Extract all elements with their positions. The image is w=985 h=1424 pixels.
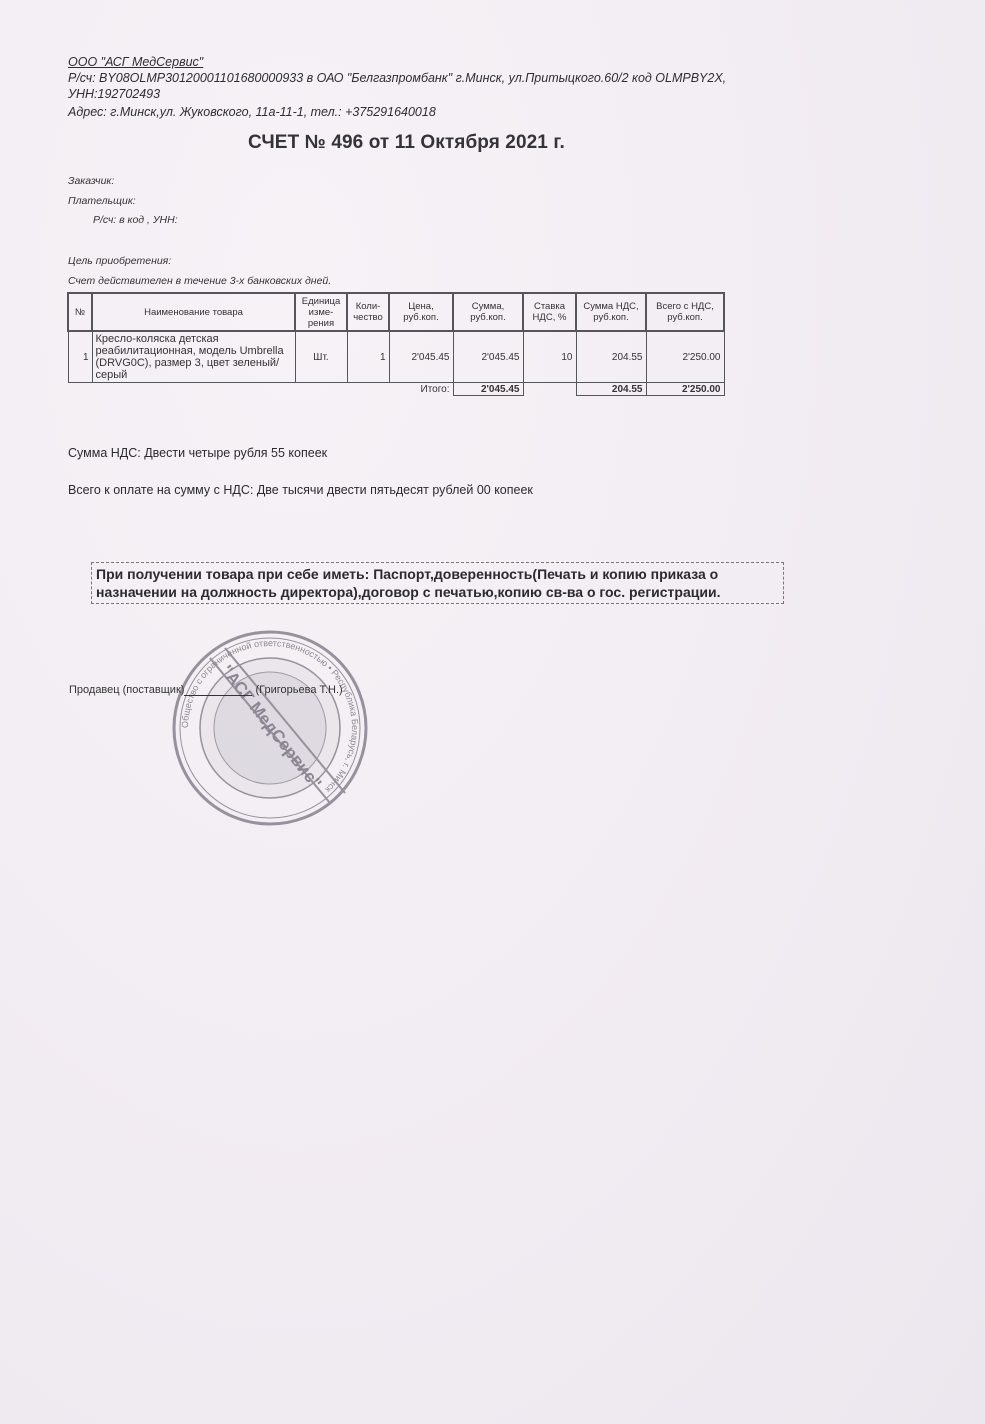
items-table: № Наименование товара Единица изме- рени… <box>67 292 725 396</box>
cell-qty: 1 <box>347 331 389 383</box>
customer-label: Заказчик: <box>68 175 114 187</box>
col-header-no: № <box>68 293 92 331</box>
col-header-name: Наименование товара <box>92 293 295 331</box>
signature-line <box>184 695 252 696</box>
cell-vat-rate: 10 <box>523 331 576 383</box>
invoice-page: ООО "АСГ МедСервис" Р/сч: BY08OLMP301200… <box>0 0 985 1424</box>
table-header-row: № Наименование товара Единица изме- рени… <box>68 293 724 331</box>
cell-unit: Шт. <box>295 331 347 383</box>
total-in-words: Всего к оплате на сумму с НДС: Две тысяч… <box>68 483 533 497</box>
totals-row: Итого: 2'045.45 204.55 2'250.00 <box>68 383 724 396</box>
col-header-sum: Сумма, руб.коп. <box>453 293 523 331</box>
cell-no: 1 <box>68 331 92 383</box>
purpose-label: Цель приобретения: <box>68 255 171 267</box>
company-stamp-icon: Общество с ограниченной ответственностью… <box>170 628 370 828</box>
cell-vat-sum: 204.55 <box>576 331 646 383</box>
payer-account-label: Р/сч: в код , УНН: <box>93 214 178 226</box>
pickup-notice: При получении товара при себе иметь: Пас… <box>91 562 784 604</box>
cell-sum: 2'045.45 <box>453 331 523 383</box>
totals-sum: 2'045.45 <box>453 383 523 396</box>
payer-label: Плательщик: <box>68 195 136 207</box>
cell-price: 2'045.45 <box>389 331 453 383</box>
col-header-unit: Единица изме- рения <box>295 293 347 331</box>
col-header-vat-sum: Сумма НДС, руб.коп. <box>576 293 646 331</box>
company-unn: УНН:192702493 <box>68 86 788 102</box>
validity-note: Счет действителен в течение 3-х банковск… <box>68 275 331 287</box>
cell-total: 2'250.00 <box>646 331 724 383</box>
bank-account: Р/сч: BY08OLMP30120001101680000933 в ОАО… <box>68 70 788 86</box>
col-header-price: Цена, руб.коп. <box>389 293 453 331</box>
seller-name: (Григорьева Т.Н.) <box>255 684 342 696</box>
totals-label-text: Итого: <box>389 383 453 396</box>
cell-name: Кресло-коляска детская реабилитационная,… <box>92 331 295 383</box>
totals-label <box>92 383 389 396</box>
col-header-total: Всего с НДС, руб.коп. <box>646 293 724 331</box>
seller-label: Продавец (поставщик) <box>69 684 184 696</box>
vat-sum-in-words: Сумма НДС: Двести четыре рубля 55 копеек <box>68 446 327 460</box>
company-name: ООО "АСГ МедСервис" <box>68 55 203 69</box>
col-header-qty: Коли- чество <box>347 293 389 331</box>
seller-signature: Продавец (поставщик) (Григорьева Т.Н.) <box>69 684 343 696</box>
company-bank-details: Р/сч: BY08OLMP30120001101680000933 в ОАО… <box>68 70 788 102</box>
totals-total: 2'250.00 <box>646 383 724 396</box>
table-row: 1 Кресло-коляска детская реабилитационна… <box>68 331 724 383</box>
invoice-title: СЧЕТ № 496 от 11 Октября 2021 г. <box>248 132 565 154</box>
company-address: Адрес: г.Минск,ул. Жуковского, 11а-11-1,… <box>68 105 436 119</box>
col-header-vat-rate: Ставка НДС, % <box>523 293 576 331</box>
totals-vat-sum: 204.55 <box>576 383 646 396</box>
